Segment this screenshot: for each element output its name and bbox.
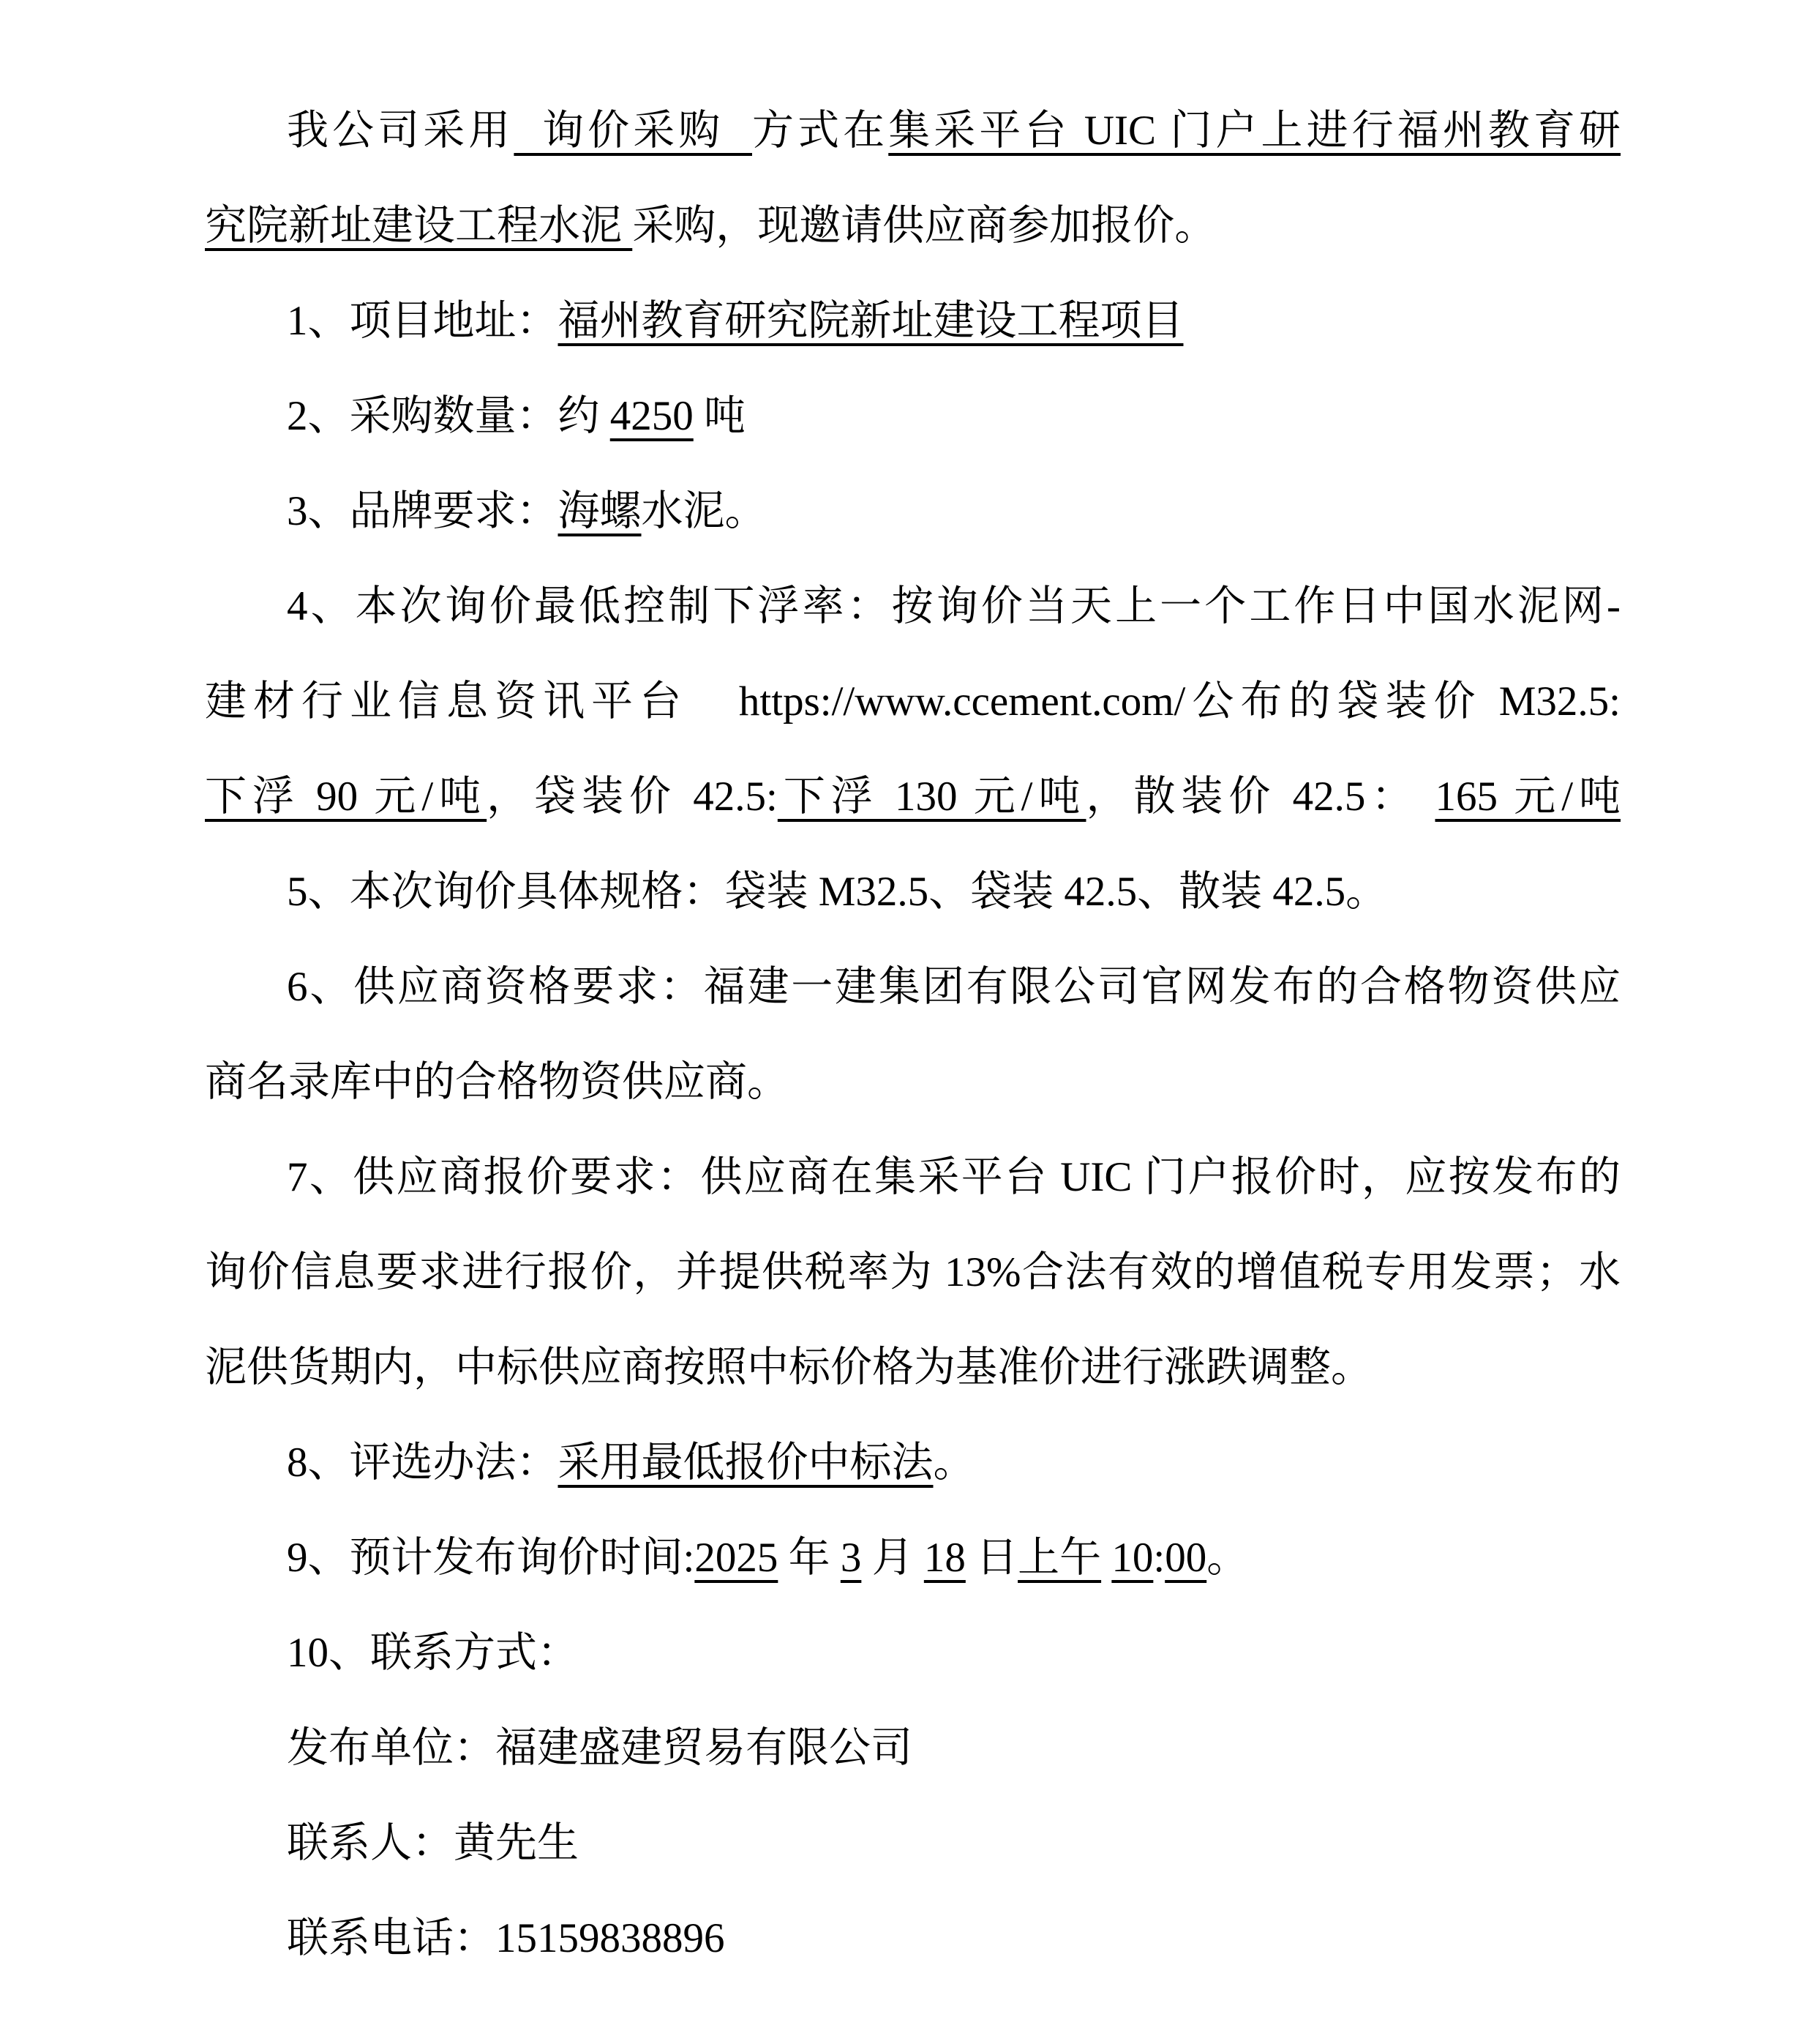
text-run: 9、预计发布询价时间:	[287, 1535, 694, 1581]
underlined-text-run: 3	[841, 1535, 862, 1581]
text-run: 泥供货期内，中标供应商按照中标价格为基准价进行涨跌调整。	[205, 1344, 1373, 1390]
doc-line: 10、联系方式：	[205, 1606, 1621, 1701]
text-run: 发布单位：福建盛建贸易有限公司	[287, 1725, 912, 1771]
text-run: ，袋装价 42.5:	[487, 774, 778, 820]
doc-line: 联系电话：15159838896	[205, 1891, 1621, 1986]
underlined-text-run: 18	[924, 1535, 966, 1581]
text-run: ，散装价 42.5：	[1086, 774, 1435, 820]
doc-line: 8、评选办法：采用最低报价中标法。	[205, 1415, 1621, 1510]
doc-line: 9、预计发布询价时间:2025 年 3 月 18 日上午 10:00。	[205, 1510, 1621, 1606]
text-run: 吨	[694, 393, 746, 439]
text-run: 6、供应商资格要求：福建一建集团有限公司官网发布的合格物资供应	[287, 964, 1621, 1010]
underlined-text-run: 采用最低报价中标法	[558, 1440, 934, 1486]
doc-line: 6、供应商资格要求：福建一建集团有限公司官网发布的合格物资供应	[205, 940, 1621, 1035]
doc-line: 4、本次询价最低控制下浮率：按询价当天上一个工作日中国水泥网-	[205, 559, 1621, 654]
underlined-text-run: 165 元/吨	[1435, 774, 1621, 820]
text-run: 联系电话：15159838896	[287, 1915, 725, 1961]
underlined-text-run: 下浮 130 元/吨	[778, 774, 1086, 820]
doc-line: 商名录库中的合格物资供应商。	[205, 1035, 1621, 1130]
text-run: 商名录库中的合格物资供应商。	[205, 1059, 789, 1105]
doc-line: 我公司采用 询价采购 方式在集采平台 UIC 门户上进行福州教育研	[205, 83, 1621, 179]
text-run: 8、评选办法：	[287, 1440, 558, 1486]
doc-line: 7、供应商报价要求：供应商在集采平台 UIC 门户报价时，应按发布的	[205, 1130, 1621, 1225]
text-run: 水泥。	[642, 488, 767, 534]
underlined-text-run: 4250	[610, 393, 694, 439]
text-run: 7、供应商报价要求：供应商在集采平台 UIC 门户报价时，应按发布的	[287, 1154, 1621, 1200]
text-run: 月	[861, 1535, 924, 1581]
text-run: 10、联系方式：	[287, 1630, 579, 1676]
underlined-text-run: 福州教育研究院新址建设工程项目	[558, 298, 1184, 344]
underlined-text-run: 海螺	[558, 488, 642, 534]
underlined-text-run: 2025	[694, 1535, 778, 1581]
text-run: 。	[934, 1440, 975, 1486]
doc-line: 3、品牌要求：海螺水泥。	[205, 464, 1621, 559]
doc-line: 发布单位：福建盛建贸易有限公司	[205, 1701, 1621, 1796]
doc-line: 1、项目地址：福州教育研究院新址建设工程项目	[205, 274, 1621, 369]
text-run: 方式在	[752, 108, 888, 154]
text-run: 日	[966, 1535, 1018, 1581]
underlined-text-run: 10	[1111, 1535, 1153, 1581]
text-run: 我公司采用	[287, 108, 514, 154]
underlined-text-run: 上午	[1018, 1535, 1101, 1581]
underlined-text-run: 询价采购	[514, 108, 752, 154]
document-page: 我公司采用 询价采购 方式在集采平台 UIC 门户上进行福州教育研究院新址建设工…	[0, 0, 1802, 2044]
doc-line: 2、采购数量：约 4250 吨	[205, 369, 1621, 464]
text-run: 5、本次询价具体规格：袋装 M32.5、袋装 42.5、散装 42.5。	[287, 869, 1387, 915]
text-run: 联系人：黄先生	[287, 1820, 579, 1866]
doc-line: 5、本次询价具体规格：袋装 M32.5、袋装 42.5、散装 42.5。	[205, 845, 1621, 940]
text-run: :	[1153, 1535, 1165, 1581]
document-body: 我公司采用 询价采购 方式在集采平台 UIC 门户上进行福州教育研究院新址建设工…	[205, 83, 1621, 1986]
underlined-text-run: 00	[1165, 1535, 1206, 1581]
text-run: 2、采购数量：约	[287, 393, 610, 439]
text-run: 4、本次询价最低控制下浮率：按询价当天上一个工作日中国水泥网-	[287, 583, 1621, 629]
text-run: 建材行业信息资讯平台 https://www.ccement.com/公布的袋装…	[205, 678, 1621, 725]
doc-line: 究院新址建设工程水泥 采购，现邀请供应商参加报价。	[205, 179, 1621, 274]
text-run: 询价信息要求进行报价，并提供税率为 13%合法有效的增值税专用发票；水	[205, 1249, 1621, 1295]
doc-line: 泥供货期内，中标供应商按照中标价格为基准价进行涨跌调整。	[205, 1320, 1621, 1415]
doc-line: 询价信息要求进行报价，并提供税率为 13%合法有效的增值税专用发票；水	[205, 1225, 1621, 1320]
doc-line: 联系人：黄先生	[205, 1796, 1621, 1891]
text-run: 1、项目地址：	[287, 298, 558, 344]
underlined-text-run: 集采平台 UIC 门户上进行福州教育研	[888, 108, 1621, 154]
doc-line: 建材行业信息资讯平台 https://www.ccement.com/公布的袋装…	[205, 654, 1621, 749]
text-run: 年	[778, 1535, 841, 1581]
underlined-text-run: 下浮 90 元/吨	[205, 774, 487, 820]
doc-line: 下浮 90 元/吨，袋装价 42.5:下浮 130 元/吨，散装价 42.5： …	[205, 749, 1621, 845]
text-run	[1101, 1535, 1111, 1581]
underlined-text-run: 究院新址建设工程水泥	[205, 203, 632, 249]
text-run: 3、品牌要求：	[287, 488, 558, 534]
text-run: 采购，现邀请供应商参加报价。	[632, 203, 1216, 249]
text-run: 。	[1206, 1535, 1248, 1581]
